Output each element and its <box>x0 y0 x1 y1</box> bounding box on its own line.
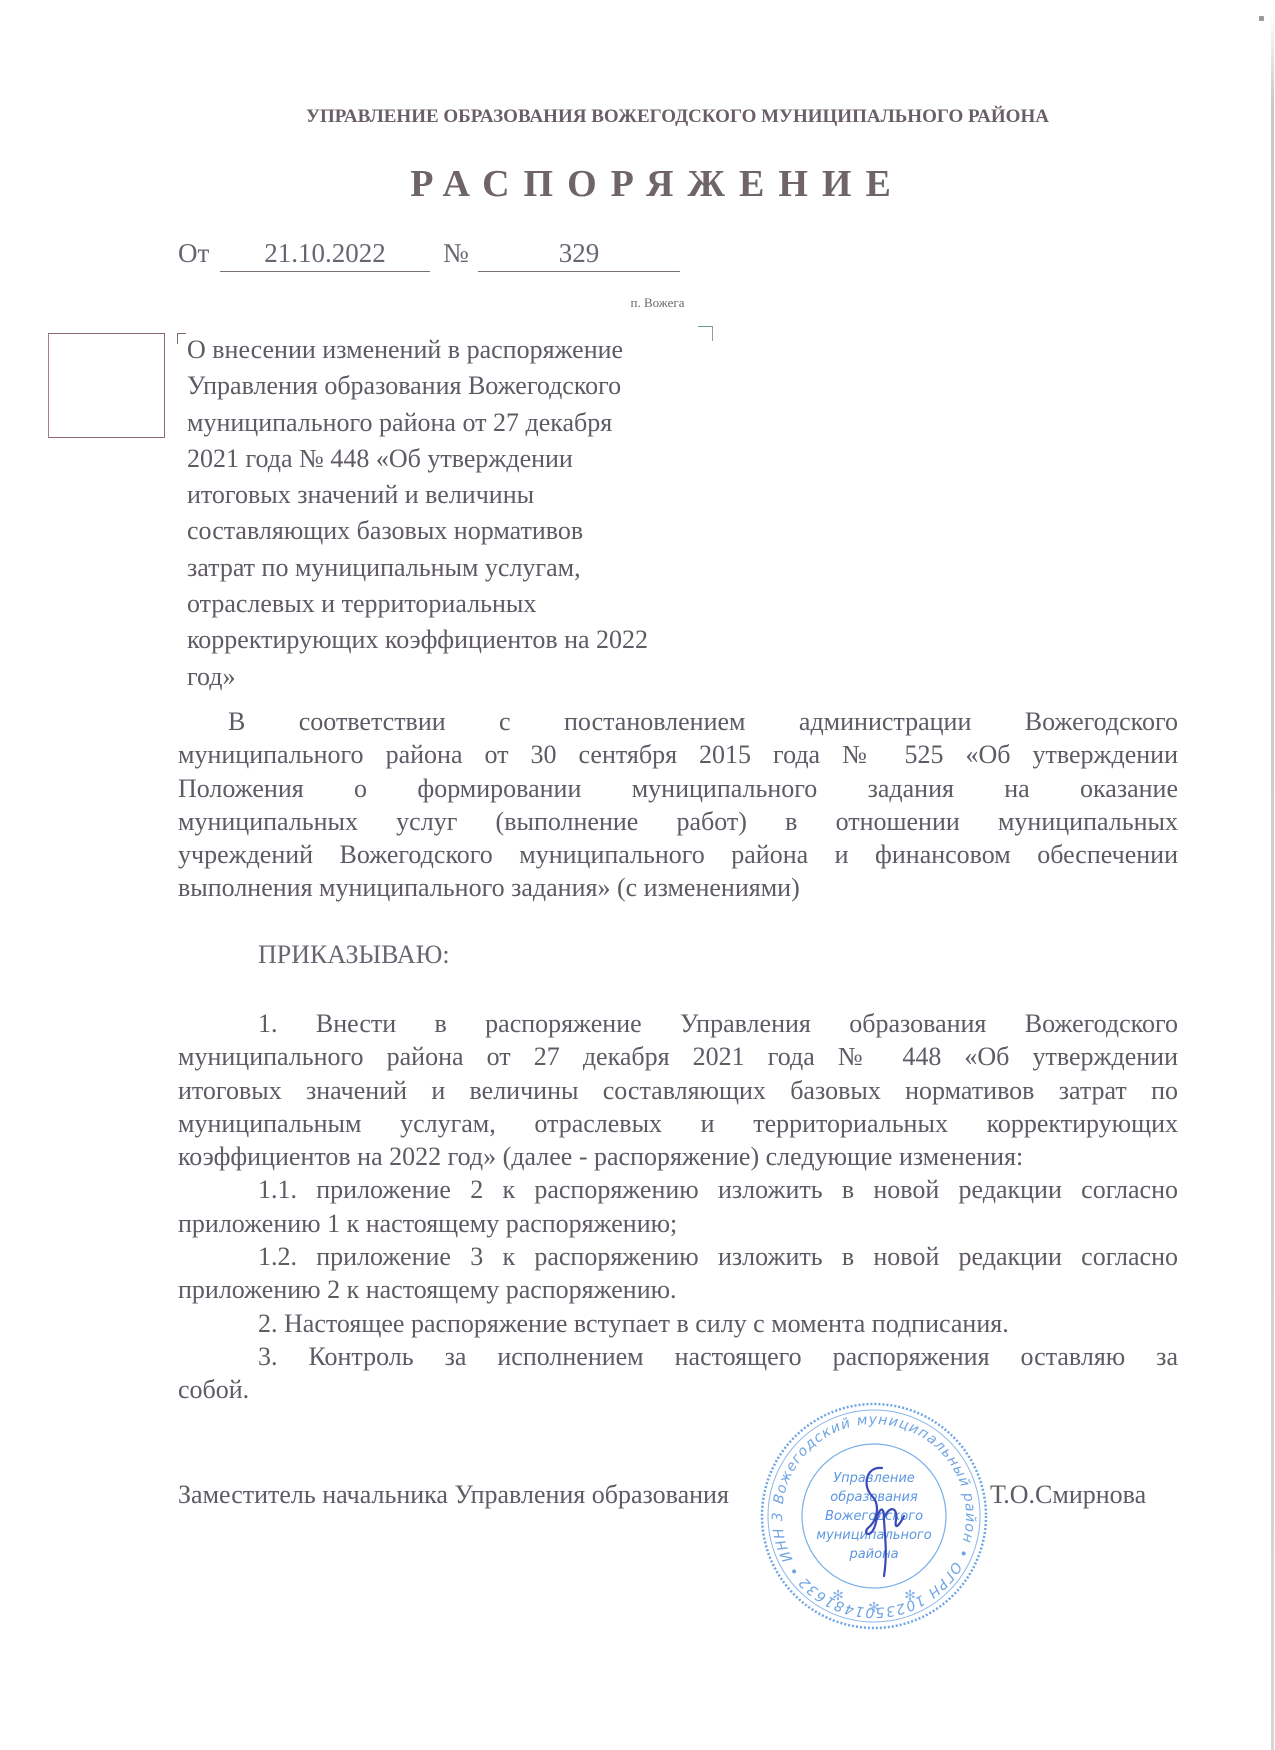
date-label: От <box>178 238 209 269</box>
signer-position: Заместитель начальника Управления образо… <box>178 1480 729 1510</box>
item-1-line: 1. Внести в распоряжение Управления обра… <box>178 1007 1178 1040</box>
item-3-line: 3. Контроль за исполнением настоящего ра… <box>178 1340 1178 1373</box>
subject-line: составляющих базовых нормативов <box>187 513 707 549</box>
item-2: 2. Настоящее распоряжение вступает в сил… <box>178 1307 1178 1340</box>
order-items: 1. Внести в распоряжение Управления обра… <box>178 1007 1178 1407</box>
item-1-2-line: приложению 2 к настоящему распоряжению. <box>178 1273 1178 1306</box>
item-3-line: собой. <box>178 1373 1178 1406</box>
item-1-1-line: приложению 1 к настоящему распоряжению; <box>178 1207 1178 1240</box>
date-value: 21.10.2022 <box>264 238 386 268</box>
subject-line: О внесении изменений в распоряжение <box>187 332 707 368</box>
document-subject: О внесении изменений в распоряжение Упра… <box>187 332 707 695</box>
number-value: 329 <box>559 238 600 268</box>
document-type-title: РАСПОРЯЖЕНИЕ <box>0 162 1275 206</box>
preamble-line: муниципальных услуг (выполнение работ) в… <box>178 805 1178 838</box>
subject-line: корректирующих коэффициентов на 2022 <box>187 622 707 658</box>
item-1-line: итоговых значений и величины составляющи… <box>178 1074 1178 1107</box>
preamble: В соответствии с постановлением админист… <box>178 705 1178 905</box>
item-1-line: муниципального района от 27 декабря 2021… <box>178 1040 1178 1073</box>
svg-text:✻: ✻ <box>832 1589 844 1604</box>
scan-speck <box>1259 16 1264 21</box>
subject-line: 2021 года № 448 «Об утверждении <box>187 441 707 477</box>
preamble-line: Положения о формировании муниципального … <box>178 772 1178 805</box>
subject-line: итоговых значений и величины <box>187 477 707 513</box>
subject-line: муниципального района от 27 декабря <box>187 405 707 441</box>
number-field: 329 <box>478 238 680 272</box>
svg-text:✻: ✻ <box>904 1589 916 1604</box>
item-1-1-line: 1.1. приложение 2 к распоряжению изложит… <box>178 1173 1178 1206</box>
registration-stamp-box <box>48 333 165 438</box>
organization-header: УПРАВЛЕНИЕ ОБРАЗОВАНИЯ ВОЖЕГОДСКОГО МУНИ… <box>0 106 1275 128</box>
item-1-line: муниципальным услугам, отраслевых и терр… <box>178 1107 1178 1140</box>
subject-line: Управления образования Вожегодского <box>187 368 707 404</box>
preamble-line: учреждений Вожегодского муниципального р… <box>178 838 1178 871</box>
order-word: ПРИКАЗЫВАЮ: <box>258 940 450 970</box>
preamble-line: муниципального района от 30 сентября 201… <box>178 738 1178 771</box>
date-field: 21.10.2022 <box>220 238 430 272</box>
official-seal-icon: Вожегодский муниципальный район • ОГРН 1… <box>758 1400 990 1632</box>
seal-line: района <box>848 1547 898 1562</box>
subject-corner-left <box>177 333 186 344</box>
item-1-2-line: 1.2. приложение 3 к распоряжению изложит… <box>178 1240 1178 1273</box>
subject-line: год» <box>187 659 707 695</box>
svg-text:✻: ✻ <box>868 1601 880 1616</box>
subject-line: затрат по муниципальным услугам, <box>187 550 707 586</box>
seal-line: Управление <box>833 1471 915 1486</box>
subject-line: отраслевых и территориальных <box>187 586 707 622</box>
number-label: № <box>443 238 469 269</box>
place-of-issue: п. Вожега <box>0 295 1275 311</box>
preamble-line: В соответствии с постановлением админист… <box>178 705 1178 738</box>
item-1-line: коэффициентов на 2022 год» (далее - расп… <box>178 1140 1178 1173</box>
preamble-line: выполнения муниципального задания» (с из… <box>178 871 1178 904</box>
scan-edge <box>1271 15 1274 1750</box>
signer-name: Т.О.Смирнова <box>990 1480 1146 1510</box>
